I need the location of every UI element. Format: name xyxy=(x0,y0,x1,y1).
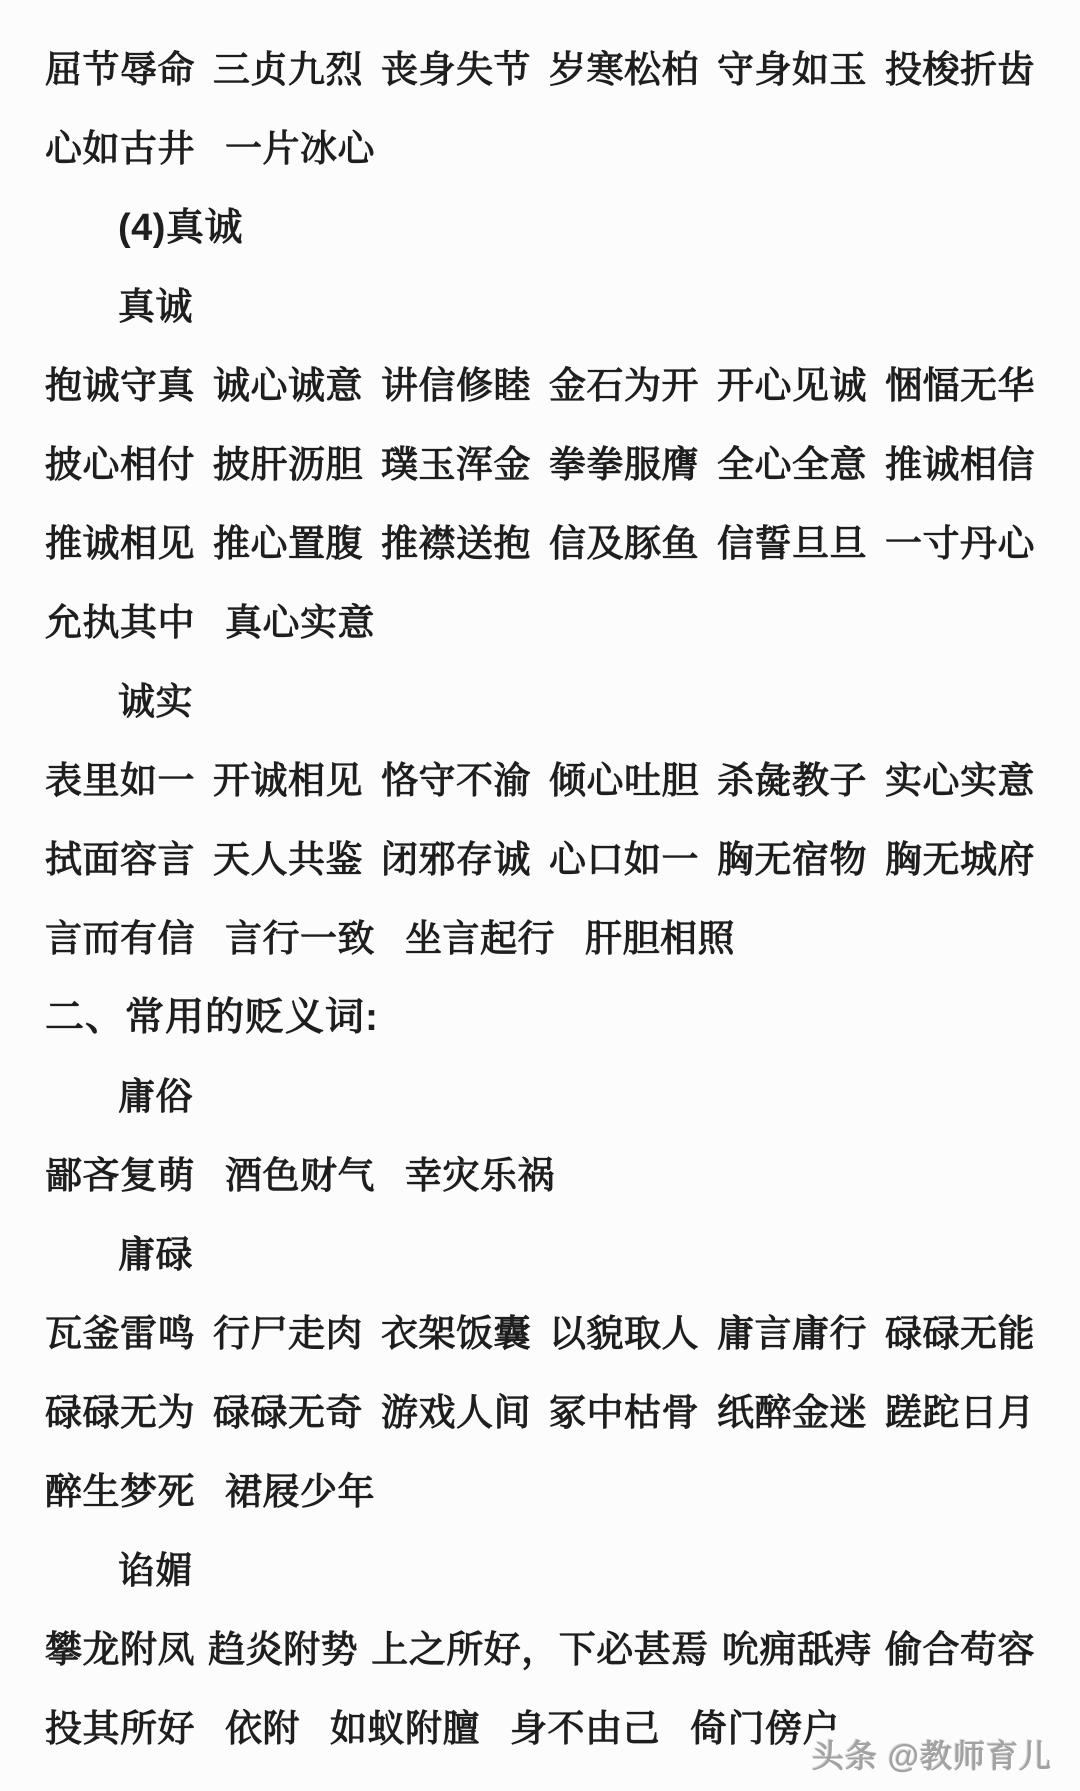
idiom: 推诚相见 xyxy=(45,513,195,567)
idiom: 拳拳服膺 xyxy=(549,434,699,488)
idiom-row: 披心相付 披肝沥胆 璞玉浑金 拳拳服膺 全心全意 推诚相信 xyxy=(0,421,1080,500)
idiom: 表里如一 xyxy=(45,750,195,804)
idiom: 天人共鉴 xyxy=(213,829,363,883)
watermark: 头条 @教师育儿 xyxy=(812,1731,1052,1777)
idiom: 言行一致 xyxy=(225,908,375,962)
idiom: 蹉跎日月 xyxy=(885,1382,1035,1436)
idiom: 岁寒松柏 xyxy=(549,39,699,93)
idiom: 丧身失节 xyxy=(381,39,531,93)
idiom: 投梭折齿 xyxy=(885,39,1035,93)
idiom: 碌碌无为 xyxy=(45,1382,195,1436)
idiom: 推襟送抱 xyxy=(381,513,531,567)
category-label-yonglu: 庸碌 xyxy=(0,1211,1080,1290)
idiom-row: 屈节辱命 三贞九烈 丧身失节 岁寒松柏 守身如玉 投梭折齿 xyxy=(0,26,1080,105)
idiom: 攀龙附凤 xyxy=(45,1619,195,1673)
category-label-zhencheng: 真诚 xyxy=(0,263,1080,342)
idiom: 偷合苟容 xyxy=(885,1619,1035,1673)
idiom: 碌碌无奇 xyxy=(213,1382,363,1436)
category-label-text: 庸俗 xyxy=(118,1066,193,1120)
idiom: 瓦釜雷鸣 xyxy=(45,1303,195,1357)
idiom: 悃愊无华 xyxy=(885,355,1035,409)
category-label-text: 诚实 xyxy=(118,671,193,725)
idiom: 金石为开 xyxy=(549,355,699,409)
section-heading-zhencheng: (4)真诚 xyxy=(0,184,1080,263)
idiom: 趋炎附势 xyxy=(208,1619,358,1673)
idiom: 心口如一 xyxy=(549,829,699,883)
idiom: 实心实意 xyxy=(885,750,1035,804)
idiom: 一寸丹心 xyxy=(885,513,1035,567)
idiom: 酒色财气 xyxy=(225,1145,375,1199)
category-label-text: 谄媚 xyxy=(118,1540,193,1594)
section-heading-derogatory: 二、常用的贬义词: xyxy=(0,974,1080,1053)
idiom: 依附 xyxy=(225,1698,300,1752)
idiom: 推心置腹 xyxy=(213,513,363,567)
idiom-row: 心如古井 一片冰心 xyxy=(0,105,1080,184)
idiom: 讲信修睦 xyxy=(381,355,531,409)
idiom-row: 攀龙附凤 趋炎附势 上之所好，下必甚焉 吮痈舐痔 偷合苟容 xyxy=(0,1606,1080,1685)
idiom: 允执其中 xyxy=(45,592,195,646)
idiom: 幸灾乐祸 xyxy=(405,1145,555,1199)
idiom: 冢中枯骨 xyxy=(549,1382,699,1436)
idiom: 恪守不渝 xyxy=(381,750,531,804)
idiom: 抱诚守真 xyxy=(45,355,195,409)
category-label-yongsu: 庸俗 xyxy=(0,1053,1080,1132)
idiom: 三贞九烈 xyxy=(213,39,363,93)
idiom: 诚心诚意 xyxy=(213,355,363,409)
idiom: 守身如玉 xyxy=(717,39,867,93)
category-label-text: 庸碌 xyxy=(118,1224,193,1278)
section-heading-label: 二、常用的贬义词: xyxy=(45,986,379,1042)
category-label-chengshi: 诚实 xyxy=(0,658,1080,737)
idiom: 胸无宿物 xyxy=(717,829,867,883)
idiom: 坐言起行 xyxy=(405,908,555,962)
idiom: 吮痈舐痔 xyxy=(722,1619,872,1673)
idiom: 身不由己 xyxy=(510,1698,660,1752)
idiom: 行尸走肉 xyxy=(213,1303,363,1357)
idiom: 上之所好，下必甚焉 xyxy=(371,1619,709,1673)
idiom: 纸醉金迷 xyxy=(717,1382,867,1436)
idiom: 裙屐少年 xyxy=(225,1461,375,1515)
idiom: 如蚁附膻 xyxy=(330,1698,480,1752)
idiom: 胸无城府 xyxy=(885,829,1035,883)
idiom: 以貌取人 xyxy=(549,1303,699,1357)
idiom: 全心全意 xyxy=(717,434,867,488)
idiom: 屈节辱命 xyxy=(45,39,195,93)
idiom: 衣架饭囊 xyxy=(381,1303,531,1357)
document-page: 屈节辱命 三贞九烈 丧身失节 岁寒松柏 守身如玉 投梭折齿 心如古井 一片冰心 … xyxy=(0,0,1080,1791)
idiom-row: 允执其中 真心实意 xyxy=(0,579,1080,658)
idiom: 信及豚鱼 xyxy=(549,513,699,567)
idiom: 肝胆相照 xyxy=(585,908,735,962)
idiom: 庸言庸行 xyxy=(717,1303,867,1357)
idiom-row: 抱诚守真 诚心诚意 讲信修睦 金石为开 开心见诚 悃愊无华 xyxy=(0,342,1080,421)
idiom-row: 言而有信 言行一致 坐言起行 肝胆相照 xyxy=(0,895,1080,974)
idiom: 推诚相信 xyxy=(885,434,1035,488)
idiom: 醉生梦死 xyxy=(45,1461,195,1515)
idiom-row: 瓦釜雷鸣 行尸走肉 衣架饭囊 以貌取人 庸言庸行 碌碌无能 xyxy=(0,1290,1080,1369)
idiom: 碌碌无能 xyxy=(885,1303,1035,1357)
idiom: 璞玉浑金 xyxy=(381,434,531,488)
idiom: 心如古井 xyxy=(45,118,195,172)
idiom: 言而有信 xyxy=(45,908,195,962)
idiom: 信誓旦旦 xyxy=(717,513,867,567)
idiom: 一片冰心 xyxy=(225,118,375,172)
idiom-row: 碌碌无为 碌碌无奇 游戏人间 冢中枯骨 纸醉金迷 蹉跎日月 xyxy=(0,1369,1080,1448)
idiom: 拭面容言 xyxy=(45,829,195,883)
idiom: 鄙吝复萌 xyxy=(45,1145,195,1199)
idiom: 开心见诚 xyxy=(717,355,867,409)
section-heading-label: (4)真诚 xyxy=(118,196,243,251)
idiom: 真心实意 xyxy=(225,592,375,646)
idiom: 游戏人间 xyxy=(381,1382,531,1436)
idiom-row: 鄙吝复萌 酒色财气 幸灾乐祸 xyxy=(0,1132,1080,1211)
idiom-row: 醉生梦死 裙屐少年 xyxy=(0,1448,1080,1527)
idiom-row: 推诚相见 推心置腹 推襟送抱 信及豚鱼 信誓旦旦 一寸丹心 xyxy=(0,500,1080,579)
idiom: 投其所好 xyxy=(45,1698,195,1752)
category-label-text: 真诚 xyxy=(118,276,193,330)
idiom: 杀彘教子 xyxy=(717,750,867,804)
idiom: 倾心吐胆 xyxy=(549,750,699,804)
category-label-chanmei: 谄媚 xyxy=(0,1527,1080,1606)
idiom: 闭邪存诚 xyxy=(381,829,531,883)
idiom-row: 拭面容言 天人共鉴 闭邪存诚 心口如一 胸无宿物 胸无城府 xyxy=(0,816,1080,895)
idiom-row: 表里如一 开诚相见 恪守不渝 倾心吐胆 杀彘教子 实心实意 xyxy=(0,737,1080,816)
idiom: 开诚相见 xyxy=(213,750,363,804)
idiom: 披心相付 xyxy=(45,434,195,488)
idiom: 披肝沥胆 xyxy=(213,434,363,488)
